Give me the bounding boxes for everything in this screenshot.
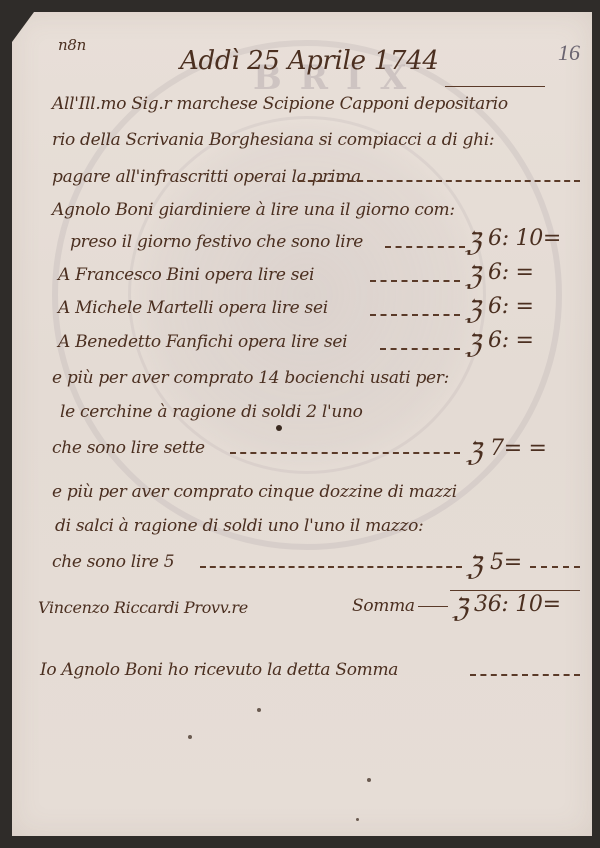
dash-leader-6 (370, 280, 460, 282)
total-amount: 36: 10= (474, 592, 561, 617)
text-line-11: che sono lire sette (52, 438, 205, 458)
foxing-spot (257, 708, 261, 712)
signature: Vincenzo Riccardi Provv.re (38, 598, 248, 617)
text-line-6: A Francesco Bini opera lire sei (58, 265, 314, 285)
text-line-8: A Benedetto Fanfichi opera lire sei (58, 332, 347, 352)
text-line-2: rio della Scrivania Borghesiana si compi… (52, 130, 494, 150)
dash-leader-14 (200, 566, 462, 568)
text-line-7: A Michele Martelli opera lire sei (58, 298, 328, 318)
lira-symbol-14: ℨ (466, 552, 482, 582)
text-line-1: All'Ill.mo Sig.r marchese Scipione Cappo… (52, 94, 508, 114)
watermark-stamp: BRIX (52, 40, 562, 550)
ink-blot (276, 425, 282, 431)
text-line-4: Agnolo Boni giardiniere à lire una il gi… (52, 200, 455, 220)
dash-leader-3 (298, 180, 580, 182)
total-leader (418, 606, 448, 607)
foxing-spot (188, 735, 192, 739)
amount-line-14: 5= (490, 550, 522, 575)
lira-symbol-7: ℨ (465, 296, 481, 326)
amount-line-8: 6: = (488, 328, 534, 353)
text-line-10: le cerchine à ragione di soldi 2 l'uno (60, 402, 363, 422)
dash-leader-14b (530, 566, 580, 568)
text-line-12: e più per aver comprato cinque dozzine d… (52, 482, 457, 502)
folio-number: 16 (558, 40, 580, 66)
dash-leader-11 (230, 452, 460, 454)
date-line: Addì 25 Aprile 1744 (180, 46, 439, 76)
text-line-5: preso il giorno festivo che sono lire (70, 232, 363, 252)
lira-symbol-total: ℨ (452, 594, 468, 624)
dash-leader-8 (380, 348, 460, 350)
foxing-spot (356, 818, 359, 821)
amount-line-5: 6: 10= (488, 226, 561, 251)
lira-symbol-5: ℨ (465, 228, 481, 258)
text-line-3: pagare all'infrascritti operai la prima (52, 167, 361, 187)
reference-mark: n8n (58, 36, 86, 54)
lira-symbol-8: ℨ (465, 330, 481, 360)
text-line-9: e più per aver comprato 14 bocienchi usa… (52, 368, 449, 388)
dash-leader-5 (385, 246, 465, 248)
receipt-line: Io Agnolo Boni ho ricevuto la detta Somm… (40, 660, 398, 680)
amount-line-11: 7= = (490, 436, 547, 461)
text-line-13: di salci à ragione di soldi uno l'uno il… (55, 516, 423, 536)
amount-line-7: 6: = (488, 294, 534, 319)
dash-leader-receipt (470, 674, 580, 676)
amount-line-6: 6: = (488, 260, 534, 285)
lira-symbol-11: ℨ (466, 438, 482, 468)
foxing-spot (367, 778, 371, 782)
lira-symbol-6: ℨ (465, 262, 481, 292)
total-rule (450, 590, 580, 591)
text-line-14: che sono lire 5 (52, 552, 174, 572)
dash-leader-7 (370, 314, 460, 316)
total-label: Somma (352, 596, 415, 616)
date-underline (445, 86, 545, 87)
